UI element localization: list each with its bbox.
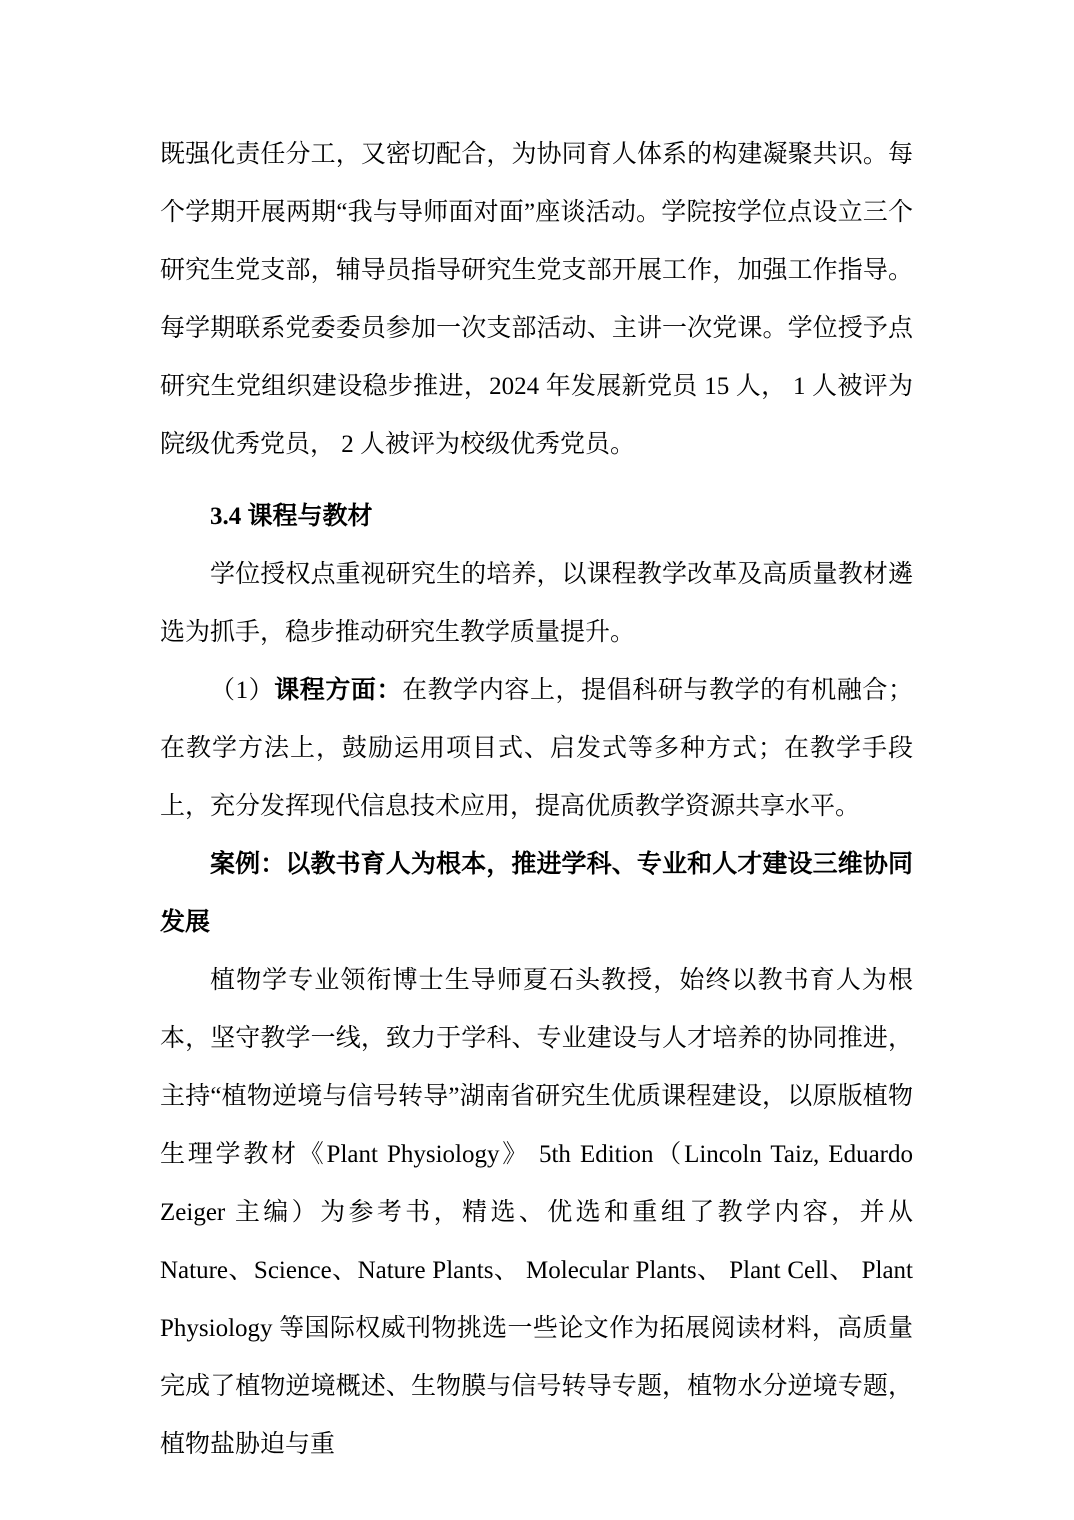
case-heading: 案例：以教书育人为根本，推进学科、专业和人才建设三维协同发展 — [160, 836, 913, 952]
page-content: 既强化责任分工，又密切配合，为协同育人体系的构建凝聚共识。每个学期开展两期“我与… — [160, 126, 913, 1474]
paragraph-party-building: 既强化责任分工，又密切配合，为协同育人体系的构建凝聚共识。每个学期开展两期“我与… — [160, 126, 913, 474]
course-aspect-label: 课程方面： — [274, 677, 402, 704]
document-page: 既强化责任分工，又密切配合，为协同育人体系的构建凝聚共识。每个学期开展两期“我与… — [0, 0, 1074, 1520]
course-aspect-prefix: （1） — [210, 677, 274, 704]
section-heading-3-4: 3.4 课程与教材 — [160, 488, 913, 546]
paragraph-course-aspect: （1）课程方面：在教学内容上，提倡科研与教学的有机融合；在教学方法上，鼓励运用项… — [160, 662, 913, 836]
paragraph-course-intro: 学位授权点重视研究生的培养，以课程教学改革及高质量教材遴选为抓手，稳步推动研究生… — [160, 546, 913, 662]
paragraph-case-body: 植物学专业领衔博士生导师夏石头教授，始终以教书育人为根本，坚守教学一线，致力于学… — [160, 952, 913, 1474]
